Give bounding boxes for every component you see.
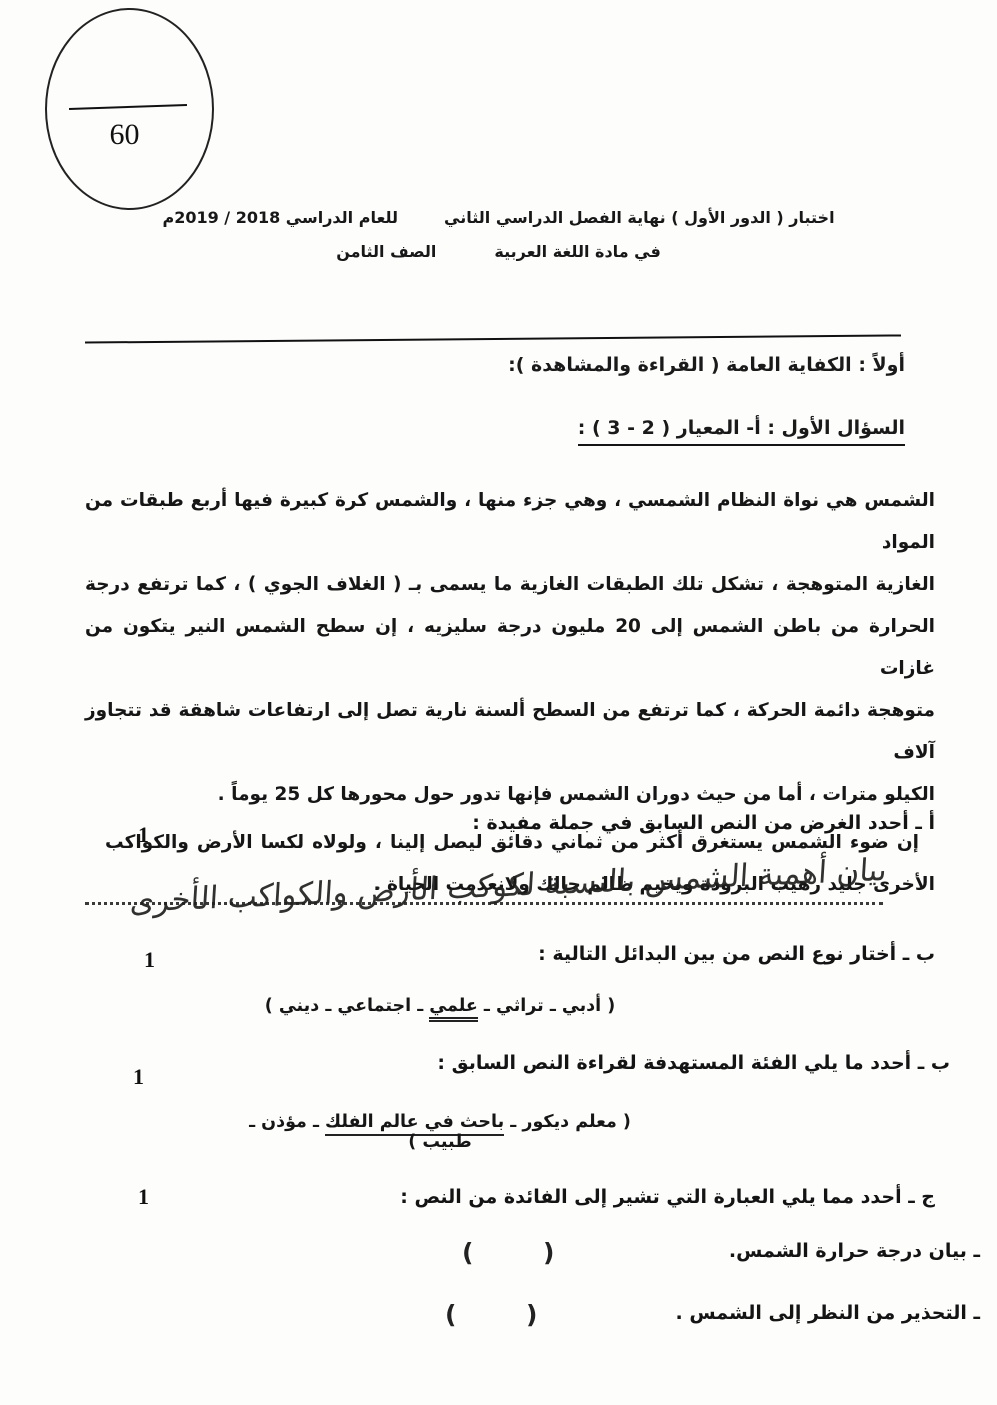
options-text: ـ اجتماعي ـ ديني ) [265,996,430,1016]
question-b2-mark: 1 [133,1064,144,1090]
academic-year: للعام الدراسي 2018 / 2019م [162,208,398,227]
answer-area[interactable]: بيان أهمية الشمس بالنسبة لكوكب الأرض وال… [85,850,883,928]
passage-line: الشمس هي نواة النظام الشمسي ، وهي جزء من… [85,480,935,564]
options-text: ( أدبي ـ تراثي ـ [478,996,615,1016]
question-b1-mark: 1 [144,947,155,973]
question-b2-options: ( معلم ديكور ـ باحث في عالم الفلك ـ مؤذن… [225,1112,655,1152]
choice-item-1-answer-brackets[interactable]: ( ) [462,1238,554,1267]
subject-name: في مادة اللغة العربية [494,242,660,261]
grade-level: الصف الثامن [336,242,436,261]
passage-line: الحرارة من باطن الشمس إلى 20 مليون درجة … [85,606,935,690]
passage-line: الكيلو مترات ، أما من حيث دوران الشمس فإ… [85,774,935,816]
choice-item-1: ـ بيان درجة حرارة الشمس. [729,1240,980,1262]
header-divider-rule [85,334,901,343]
handwritten-answer: بيان أهمية الشمس بالنسبة لكوكب الأرض وال… [57,852,888,923]
question-b1-options: ( أدبي ـ تراثي ـ علمي ـ اجتماعي ـ ديني ) [225,996,655,1016]
passage-line: الغازية المتوهجة ، تشكل تلك الطبقات الغا… [85,564,935,606]
score-value: 60 [47,118,202,152]
question-a-mark: 1 [138,822,149,848]
score-circle: 60 [45,8,214,210]
passage-line: متوهجة دائمة الحركة ، كما ترتفع من السطح… [85,690,935,774]
header-line-2: في مادة اللغة العربية الصف الثامن [0,242,997,261]
question-one-heading: السؤال الأول : أ- المعيار ( 2 - 3 ) : [578,417,905,446]
exam-scan-page: 60 اختبار ( الدور الأول ) نهاية الفصل ال… [0,0,997,1405]
header-line-1: اختبار ( الدور الأول ) نهاية الفصل الدرا… [0,208,997,227]
options-text: ( معلم ديكور ـ [504,1112,631,1132]
choice-item-2: ـ التحذير من النظر إلى الشمس . [676,1302,980,1324]
section-title: أولاً : الكفاية العامة ( القراءة والمشاه… [508,354,905,376]
question-c-mark: 1 [138,1184,149,1210]
score-divider-line [69,104,187,110]
question-b1-label: ب ـ أختار نوع النص من بين البدائل التالي… [0,943,935,965]
exam-title: اختبار ( الدور الأول ) نهاية الفصل الدرا… [444,208,835,227]
choice-item-2-answer-brackets[interactable]: ( ) [445,1300,537,1329]
exam-header: اختبار ( الدور الأول ) نهاية الفصل الدرا… [0,208,997,261]
selected-option-underlined[interactable]: علمي [429,996,478,1022]
reading-passage: الشمس هي نواة النظام الشمسي ، وهي جزء من… [85,480,935,906]
